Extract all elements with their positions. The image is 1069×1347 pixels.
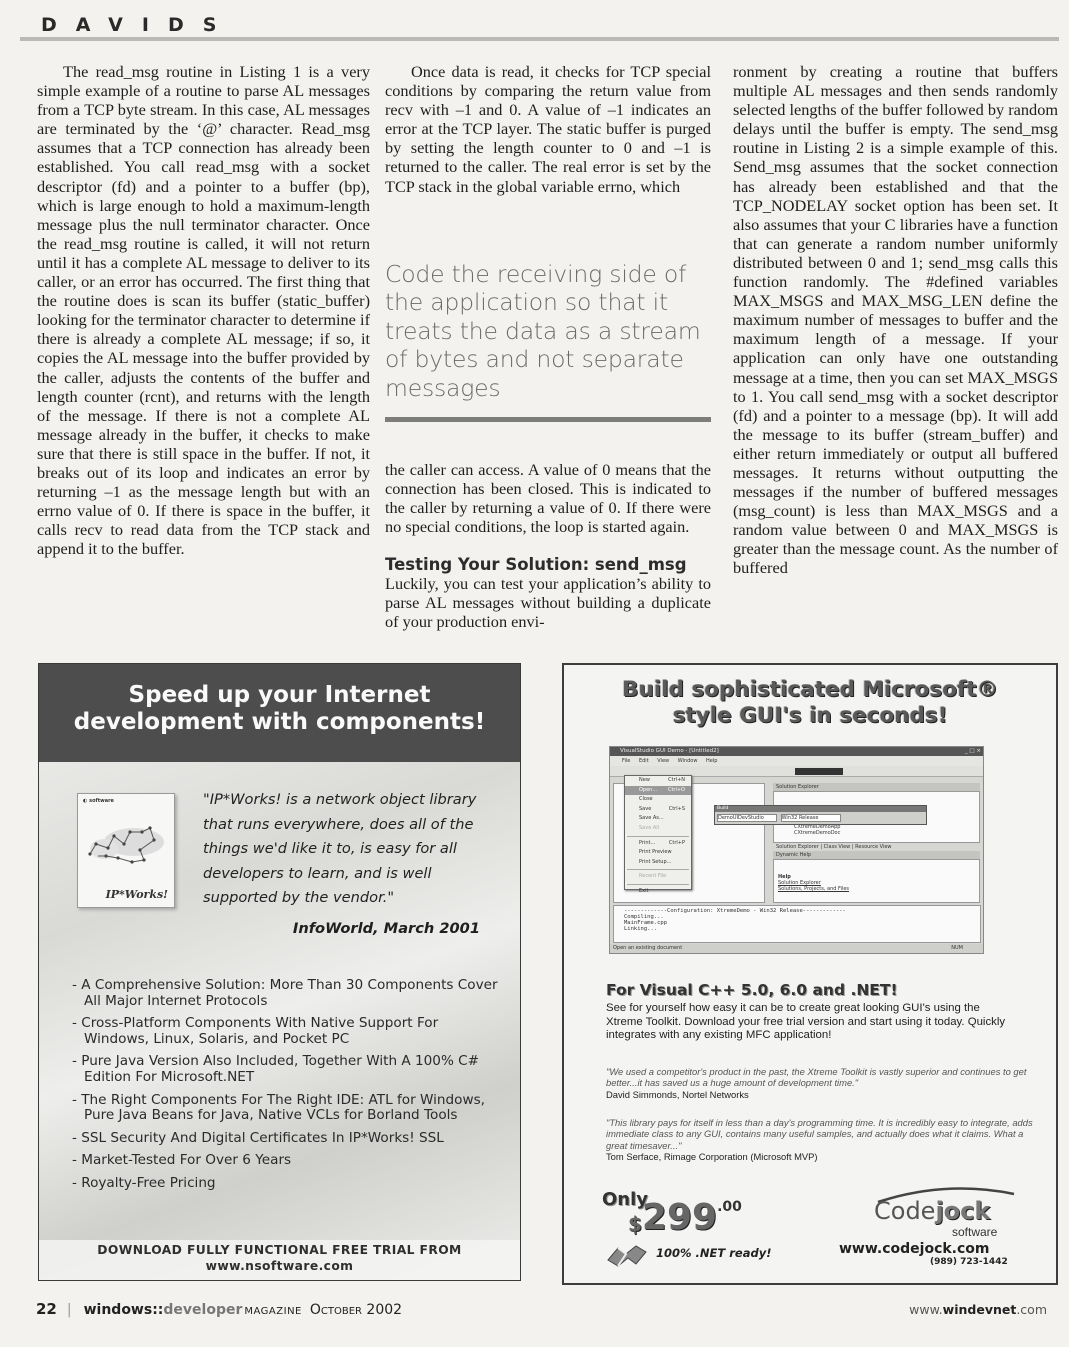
build-toolbar: Build DemoUIDevStudio Win32 Release (714, 805, 927, 825)
testimonial: "This library pays for itself in less th… (606, 1117, 1036, 1162)
window-controls-icon: _ □ × (965, 747, 981, 756)
ad-headline: Speed up your Internet development with … (39, 664, 520, 762)
paragraph: Luckily, you can test your application’s… (385, 574, 711, 631)
menu-edit: Edit (639, 758, 649, 764)
menu-window: Window (678, 758, 698, 764)
menu-item: NewCtrl+N (625, 776, 691, 786)
product-box-image: ◐ software IP*Works! (77, 793, 175, 908)
codejock-url[interactable]: www.codejock.com (839, 1241, 990, 1257)
panel-header: Dynamic Help (773, 851, 980, 859)
page-number: 22 (36, 1300, 57, 1318)
section-heading: Testing Your Solution: send_msg (385, 555, 711, 574)
panel-tabs: Solution Explorer | Class View | Resourc… (773, 843, 980, 851)
feature-list: A Comprehensive Solution: More Than 30 C… (72, 978, 502, 1199)
pull-quote-rule (385, 417, 711, 422)
article-column-2: Once data is read, it checks for TCP spe… (385, 62, 711, 631)
testimonial-quote: "We used a competitor's product in the p… (606, 1066, 1036, 1089)
ad-body-text: See for yourself how easy it can be to c… (606, 1002, 1016, 1043)
pull-quote: Code the receiving side of the applicati… (385, 260, 711, 403)
dotnet-ready-label: 100% .NET ready! (656, 1246, 771, 1260)
menu-item: Save All (625, 824, 691, 834)
menu-separator (627, 869, 689, 870)
window-titlebar: VisualStudio GUI Demo - [Untitled2] _ □ … (610, 747, 983, 756)
menu-item: SaveCtrl+S (625, 805, 691, 815)
feature-item: SSL Security And Digital Certificates In… (72, 1131, 502, 1147)
magazine-name: developer (163, 1302, 242, 1318)
menu-item: Open...Ctrl+O (625, 786, 691, 796)
testimonial-author: Tom Serface, Rimage Corporation (Microso… (606, 1151, 1036, 1162)
menu-view: View (657, 758, 669, 764)
codejock-logo-subtitle: software (952, 1225, 997, 1239)
product-name: IP*Works! (106, 888, 168, 901)
ad-headline: Build sophisticated Microsoft® style GUI… (564, 677, 1056, 729)
file-menu-dropdown: NewCtrl+N Open...Ctrl+O Close SaveCtrl+S… (624, 775, 692, 890)
feature-item: The Right Components For The Right IDE: … (72, 1093, 502, 1124)
paragraph: The read_msg routine in Listing 1 is a v… (37, 62, 370, 558)
ad-headline-line: style GUI's in seconds! (564, 703, 1056, 729)
ad-headline-line: development with components! (39, 709, 520, 736)
codejock-logo: Codejock (874, 1197, 990, 1225)
ad-codejock: Build sophisticated Microsoft® style GUI… (562, 663, 1058, 1285)
menu-separator (627, 836, 689, 837)
testimonial: "We used a competitor's product in the p… (606, 1066, 1036, 1100)
folio-separator: | (67, 1302, 72, 1318)
cta-url[interactable]: www.nsoftware.com (39, 1259, 520, 1275)
status-bar: Open an existing document NUM (610, 944, 983, 953)
testimonial-author: David Simmonds, Nortel Networks (606, 1089, 1036, 1100)
window-title: VisualStudio GUI Demo - [Untitled2] (620, 748, 719, 754)
ad-subheading: For Visual C++ 5.0, 6.0 and .NET! (606, 981, 898, 999)
page-folio: 22|windows::developerMAGAZINEOctober 200… (36, 1300, 402, 1318)
brand-logo: ◐ software (83, 798, 114, 804)
menu-item: Exit (625, 887, 691, 897)
feature-item: A Comprehensive Solution: More Than 30 C… (72, 978, 502, 1009)
site-url[interactable]: www.windevnet.com (909, 1302, 1047, 1317)
menu-item: Close (625, 795, 691, 805)
article-column-3: ronment by creating a routine that buffe… (733, 62, 1058, 578)
price: $299.00 (628, 1197, 742, 1238)
magazine-label: MAGAZINE (244, 1306, 301, 1317)
codejock-phone: (989) 723-1442 (930, 1257, 1008, 1267)
help-panel: Help Solution Explorer Solutions, Projec… (773, 859, 980, 903)
ide-screenshot: VisualStudio GUI Demo - [Untitled2] _ □ … (609, 746, 984, 954)
ad-nsoftware: Speed up your Internet development with … (38, 663, 521, 1281)
feature-item: Royalty-Free Pricing (72, 1176, 502, 1192)
tree-item: CXtremeDemoDoc (794, 830, 979, 836)
testimonial-quote: "This library pays for itself in less th… (606, 1117, 1036, 1151)
ad-headline-line: Build sophisticated Microsoft® (564, 677, 1056, 703)
feature-item: Cross-Platform Components With Native Su… (72, 1016, 502, 1047)
network-graph-icon (84, 814, 170, 874)
toolbar-combo (795, 768, 843, 775)
menu-help: Help (706, 758, 717, 764)
ad-headline-line: Speed up your Internet (39, 682, 520, 709)
paragraph: Once data is read, it checks for TCP spe… (385, 62, 711, 196)
menu-item: Print Setup... (625, 858, 691, 868)
article-column-1: The read_msg routine in Listing 1 is a v… (37, 62, 370, 558)
feature-item: Pure Java Version Also Included, Togethe… (72, 1054, 502, 1085)
paragraph: the caller can access. A value of 0 mean… (385, 460, 711, 536)
panel-header: Solution Explorer (773, 783, 980, 791)
testimonial-quote: "IP*Works! is a network object library t… (203, 788, 503, 911)
menu-bar: File Edit View Window Help (610, 756, 983, 766)
feature-item: Market-Tested For Over 6 Years (72, 1153, 502, 1169)
running-head: DAVIDS (41, 14, 235, 36)
menu-file: File (622, 758, 630, 764)
menu-item: Recent File (625, 872, 691, 882)
menu-item: Print Preview (625, 848, 691, 858)
side-panels: Solution Explorer CXtremeDemoApp CXtreme… (773, 783, 980, 903)
header-rule (20, 37, 1059, 41)
dotnet-logo-icon (604, 1242, 650, 1268)
magazine-name: windows:: (84, 1302, 164, 1318)
testimonial-source: InfoWorld, March 2001 (203, 920, 480, 937)
menu-item: Save As... (625, 814, 691, 824)
menu-separator (627, 884, 689, 885)
paragraph: ronment by creating a routine that buffe… (733, 62, 1058, 578)
menu-item: Print...Ctrl+P (625, 839, 691, 849)
output-pane: -------------Configuration: XtremeDemo -… (613, 905, 981, 943)
ad-call-to-action: DOWNLOAD FULLY FUNCTIONAL FREE TRIAL FRO… (39, 1240, 520, 1280)
issue-date: October 2002 (310, 1302, 402, 1318)
cta-text: DOWNLOAD FULLY FUNCTIONAL FREE TRIAL FRO… (39, 1243, 520, 1259)
